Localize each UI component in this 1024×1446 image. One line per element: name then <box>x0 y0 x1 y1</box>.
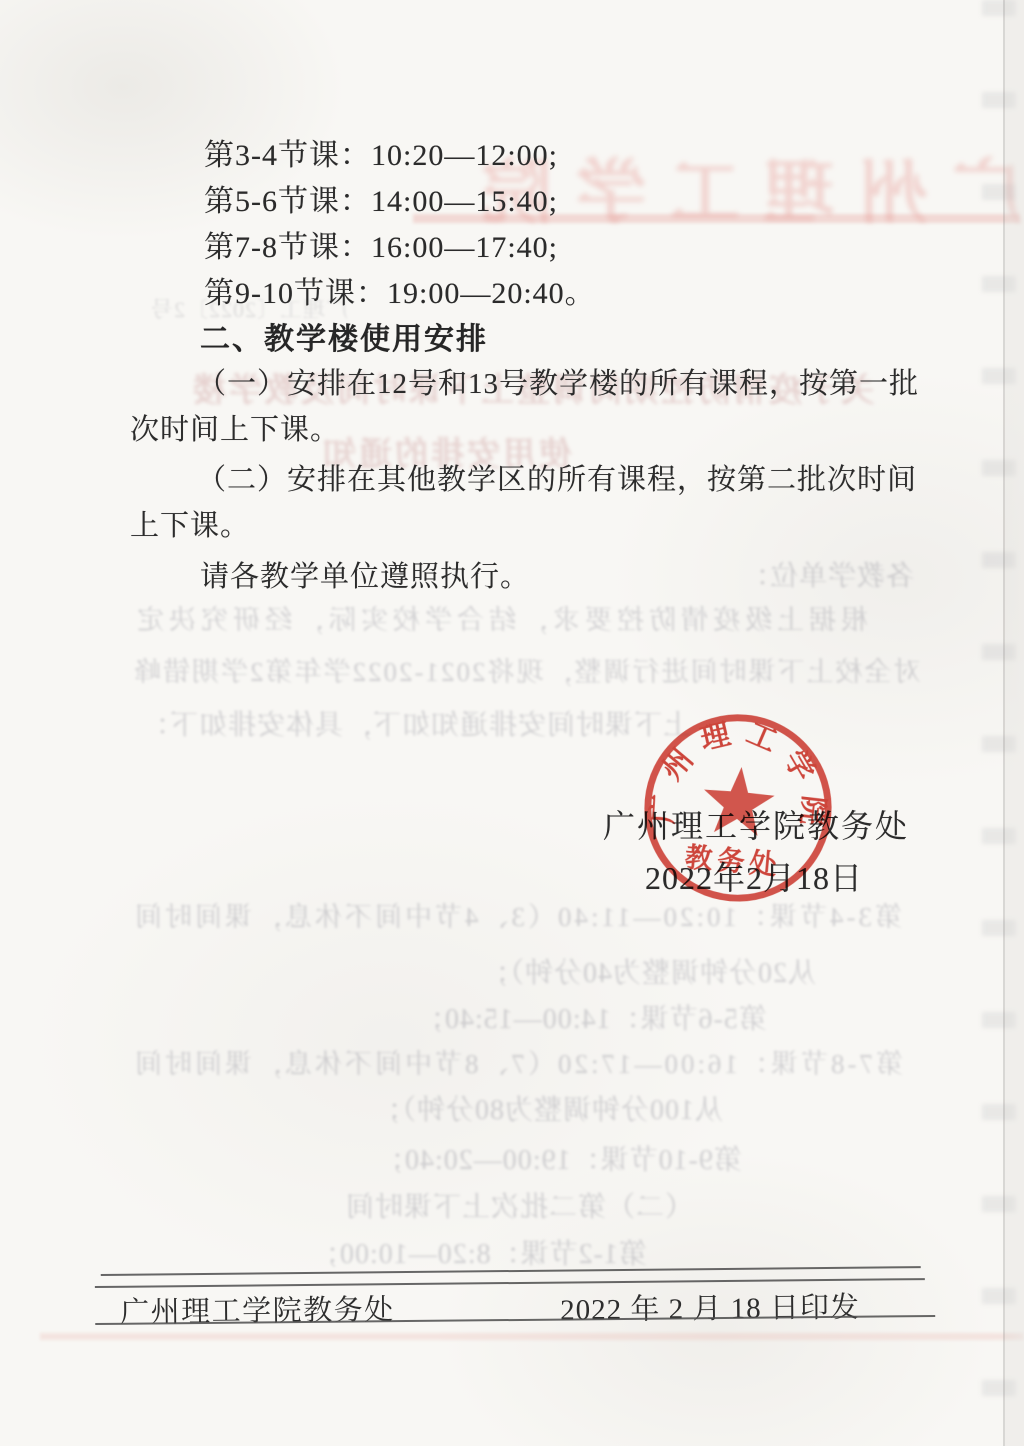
paragraph-item-2-line-2: 上下课。 <box>130 503 250 544</box>
bleedthrough-text-line: 第5-6节课：14:00—15:40； <box>415 997 767 1037</box>
official-red-seal: 广州理工学院 教务处 <box>632 702 844 914</box>
footer-rule-top <box>101 1266 921 1276</box>
bleedthrough-text-line: 对全校上下课时间进行调整，现将2021-2022学年第2学期错峰 <box>132 650 921 689</box>
bleedthrough-text-line: 从20分钟调整为40分钟）； <box>480 951 816 991</box>
paragraph-item-1-line-2: 次时间上下课。 <box>130 407 340 448</box>
footer-issuance-strip: 广州理工学院教务处 2022 年 2 月 18 日印发 <box>95 1258 936 1336</box>
bleedthrough-text-line: 第7-8节课：16:00—17:20（7、8节中间不休息，课间时间 <box>132 1042 903 1081</box>
seal-star-icon <box>700 764 776 837</box>
bleedthrough-text-line: 根据上级疫情防控要求，结合学校实际，经研究决定 <box>132 598 868 637</box>
schedule-line-period-9-10: 第9-10节课：19:00—20:40。 <box>204 268 596 312</box>
bleedthrough-text-line: 上下课时间安排通知如下，具体安排如下： <box>140 703 691 743</box>
paragraph-item-2-line-1: （二）安排在其他教学区的所有课程，按第二批次时间 <box>197 457 917 498</box>
bleedthrough-text-line: 各教学单位： <box>740 554 914 594</box>
scanned-document-page: 广州理工学院 广理工〔2022〕2号 关于疫情防控期间调整上下课时间及教学楼 使… <box>0 0 1024 1446</box>
bleedthrough-text-line: 第9-10节课：19:00—20:40； <box>375 1138 742 1178</box>
footer-print-date: 2022 年 2 月 18 日印发 <box>560 1285 860 1329</box>
bleedthrough-text-line: 从100分钟调整为80分钟）； <box>372 1088 723 1128</box>
schedule-line-period-7-8: 第7-8节课：16:00—17:40; <box>204 222 558 266</box>
section-heading: 二、教学楼使用安排 <box>200 314 488 358</box>
schedule-line-period-3-4: 第3-4节课：10:20—12:00; <box>204 130 558 174</box>
scan-edge-shade <box>1005 0 1024 1446</box>
paragraph-item-1-line-1: （一）安排在12号和13号教学楼的所有课程，按第一批 <box>197 361 919 402</box>
seal-department-text: 教务处 <box>684 841 783 880</box>
closing-instruction-line: 请各教学单位遵照执行。 <box>200 554 530 595</box>
schedule-line-period-5-6: 第5-6节课：14:00—15:40; <box>204 176 558 220</box>
bleedthrough-text-line: （二）第二批次上下课时间 <box>345 1185 693 1225</box>
